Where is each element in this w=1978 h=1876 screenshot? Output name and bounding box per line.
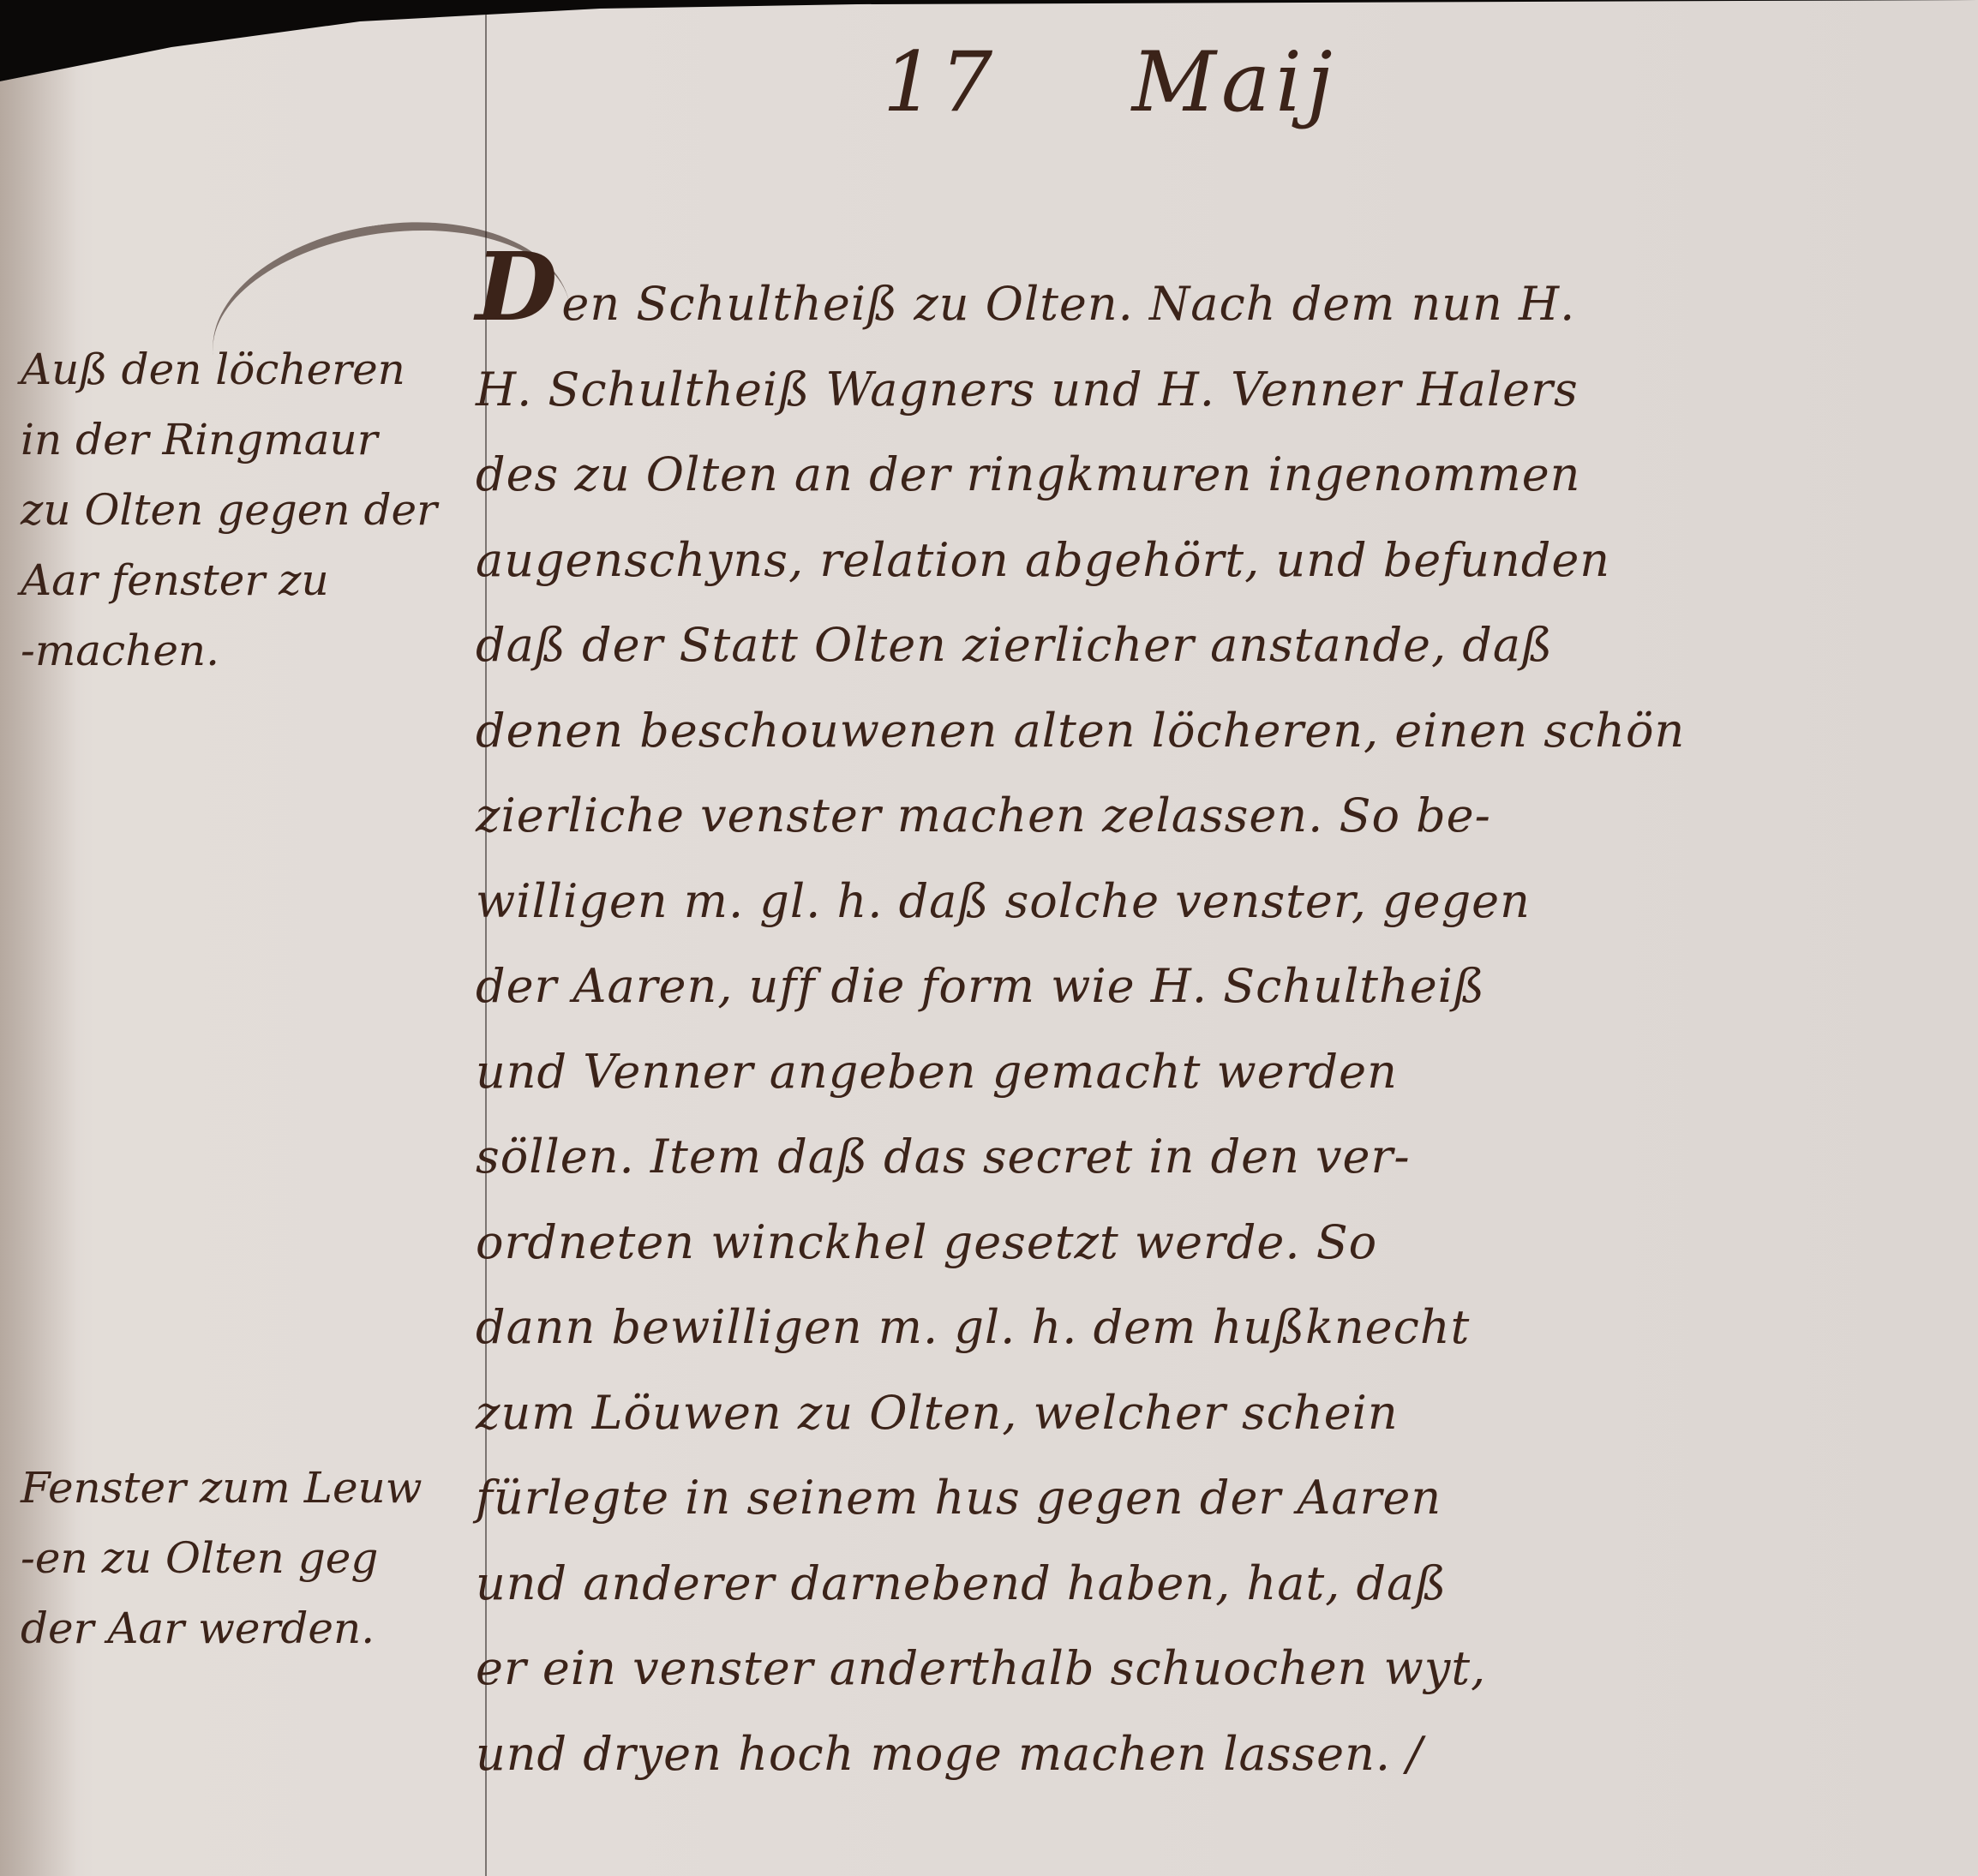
body-line: Den Schultheiß zu Olten. Nach dem nun H. <box>476 261 1813 347</box>
margin-note-line: Aar fenster zu <box>21 545 437 615</box>
body-line: und Venner angeben gemacht werden <box>476 1029 1813 1115</box>
body-line: er ein venster anderthalb schuochen wyt, <box>476 1626 1813 1711</box>
body-line: ordneten winckhel gesetzt werde. So <box>476 1200 1813 1286</box>
margin-note-line: Fenster zum Leuw <box>21 1453 423 1523</box>
body-line: willigen m. gl. h. daß solche venster, g… <box>476 859 1813 944</box>
body-line: der Aaren, uff die form wie H. Schulthei… <box>476 944 1813 1029</box>
margin-note-line: der Aar werden. <box>21 1593 423 1663</box>
margin-note-window-loewen: Fenster zum Leuw -en zu Olten geg der Aa… <box>21 1453 423 1663</box>
body-line: augenschyns, relation abgehört, und befu… <box>476 518 1813 603</box>
drop-cap: D <box>476 231 558 342</box>
date-month: Maij <box>1132 34 1338 130</box>
body-line: daß der Statt Olten zierlicher anstande,… <box>476 602 1813 688</box>
date-day: 17 <box>883 34 998 130</box>
margin-note-line: in der Ringmaur <box>21 405 437 475</box>
body-line: und dryen hoch moge machen lassen. / <box>476 1711 1813 1797</box>
margin-note-line: Auß den löcheren <box>21 334 437 405</box>
body-line: fürlegte in seinem hus gegen der Aaren <box>476 1455 1813 1541</box>
margin-note-windows-ringwall: Auß den löcheren in der Ringmaur zu Olte… <box>21 334 437 686</box>
body-text: Den Schultheiß zu Olten. Nach dem nun H.… <box>476 261 1813 1796</box>
body-line: dann bewilligen m. gl. h. dem hußknecht <box>476 1285 1813 1370</box>
body-line: söllen. Item daß das secret in den ver- <box>476 1114 1813 1200</box>
margin-note-line: -en zu Olten geg <box>21 1523 423 1593</box>
margin-note-line: -machen. <box>21 615 437 686</box>
body-line: zierliche venster machen zelassen. So be… <box>476 773 1813 859</box>
body-line: denen beschouwenen alten löcheren, einen… <box>476 688 1813 774</box>
body-line: des zu Olten an der ringkmuren ingenomme… <box>476 432 1813 518</box>
body-line: zum Löuwen zu Olten, welcher schein <box>476 1370 1813 1456</box>
margin-note-line: zu Olten gegen der <box>21 475 437 545</box>
date-heading: 17 Maij <box>883 34 1338 130</box>
body-line-text: en Schultheiß zu Olten. Nach dem nun H. <box>561 277 1575 331</box>
manuscript-page: 17 Maij Auß den löcheren in der Ringmaur… <box>0 0 1978 1876</box>
body-line: H. Schultheiß Wagners und H. Venner Hale… <box>476 347 1813 433</box>
body-line: und anderer darnebend haben, hat, daß <box>476 1541 1813 1627</box>
